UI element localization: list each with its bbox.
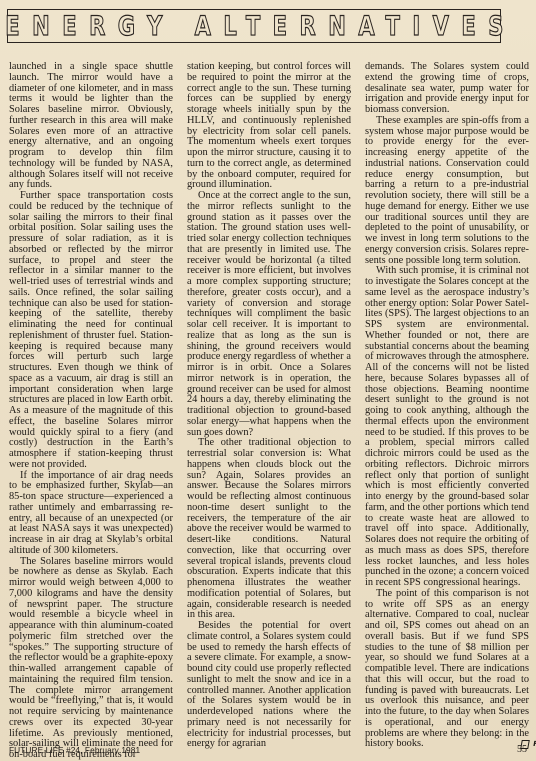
magazine-page: Energy Alternatives launched in a single… xyxy=(0,0,536,761)
section-banner: Energy Alternatives xyxy=(7,9,501,43)
paragraph-final: The point of this comparison is not to w… xyxy=(365,589,529,750)
paragraph: demands. The Solares system could extend… xyxy=(365,62,529,116)
paragraph: The Solares baseline mirrors would be no… xyxy=(9,557,173,761)
column-3: demands. The Solares system could extend… xyxy=(365,62,529,712)
article-body: launched in a single space shuttle launc… xyxy=(9,62,529,712)
paragraph: With such promise, it is criminal not to… xyxy=(365,266,529,589)
paragraph: If the importance of air drag needs to b… xyxy=(9,471,173,557)
paragraph: Besides the potential for overt climate … xyxy=(187,621,351,750)
paragraph: The other traditional objection to ter­r… xyxy=(187,438,351,621)
publication-footer: FUTURE LIFE #24, February 1981 xyxy=(9,745,140,755)
paragraph: launched in a single space shuttle launc… xyxy=(9,62,173,191)
paragraph: station keeping, but control forces will… xyxy=(187,62,351,191)
paragraph: Further space transportation costs could… xyxy=(9,191,173,471)
paragraph: Once at the correct angle to the sun, th… xyxy=(187,191,351,438)
section-title: Energy Alternatives xyxy=(0,11,516,42)
paragraph: These examples are spin-offs from a syst… xyxy=(365,116,529,267)
column-1: launched in a single space shuttle launc… xyxy=(9,62,173,712)
page-number: 55 xyxy=(517,744,527,755)
paragraph-final-text: The point of this comparison is not to w… xyxy=(365,588,529,750)
column-2: station keeping, but control forces will… xyxy=(187,62,351,712)
